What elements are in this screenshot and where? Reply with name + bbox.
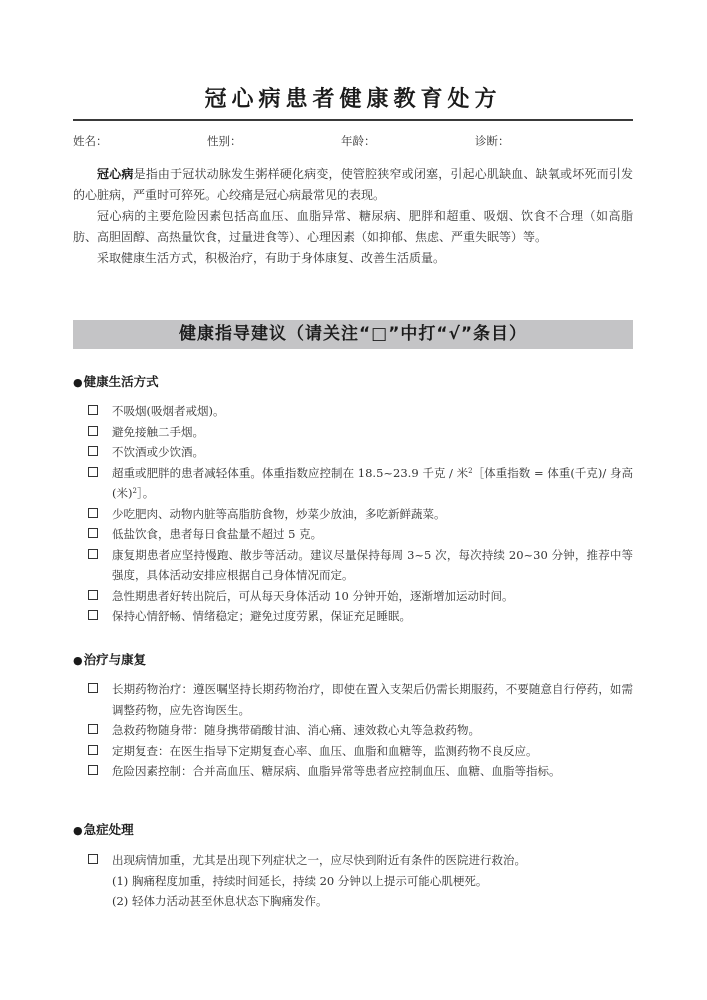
item-text: 少吃肥肉、动物内脏等高脂肪食物，炒菜少放油，多吃新鲜蔬菜。 [112,507,446,521]
item-text: 急救药物随身带：随身携带硝酸甘油、消心痛、速效救心丸等急救药物。 [112,723,480,737]
list-item: 定期复查：在医生指导下定期复查心率、血压、血脂和血糖等，监测药物不良反应。 [88,741,633,762]
item-text: 超重或肥胖的患者减轻体重。体重指数应控制在 18.5~23.9 千克 / 米 [112,466,468,480]
item-text: 不吸烟(吸烟者戒烟)。 [112,404,224,418]
list-item: 不饮酒或少饮酒。 [88,442,633,463]
item-text: 危险因素控制：合并高血压、糖尿病、血脂异常等患者应控制血压、血糖、血脂等指标。 [112,764,561,778]
document-title: 冠心病患者健康教育处方 [73,82,633,113]
list-item: 少吃肥肉、动物内脏等高脂肪食物，炒菜少放油，多吃新鲜蔬菜。 [88,504,633,525]
checkbox[interactable] [88,405,98,415]
item-text: 长期药物治疗：遵医嘱坚持长期药物治疗，即使在置入支架后仍需长期服药，不要随意自行… [112,682,633,717]
intro-definition-text: 是指由于冠状动脉发生粥样硬化病变，使管腔狭窄或闭塞，引起心肌缺血、缺氧或坏死而引… [73,167,633,202]
section-title: 健康生活方式 [84,374,159,389]
checkbox[interactable] [88,683,98,693]
gender-field-label: 性别： [207,133,242,149]
section-heading-lifestyle: ●健康生活方式 [73,372,159,390]
list-item: 急救药物随身带：随身携带硝酸甘油、消心痛、速效救心丸等急救药物。 [88,720,633,741]
superscript: 2 [468,467,472,475]
title-divider [73,119,633,121]
checkbox[interactable] [88,426,98,436]
list-item: 避免接触二手烟。 [88,422,633,443]
symptom-subitem: (2) 轻体力活动甚至休息状态下胸痛发作。 [112,891,633,912]
item-text: 出现病情加重，尤其是出现下列症状之一，应尽快到附近有条件的医院进行救治。 [112,853,526,867]
patient-info-row: 姓名： 性别： 年龄： 诊断： [73,133,633,149]
section-heading-treatment: ●治疗与康复 [73,650,146,668]
section-title: 治疗与康复 [84,652,147,667]
checkbox[interactable] [88,549,98,559]
diagnosis-field-label: 诊断： [475,133,510,149]
name-field-label: 姓名： [73,133,108,149]
checkbox[interactable] [88,467,98,477]
list-item: 保持心情舒畅、情绪稳定；避免过度劳累，保证充足睡眠。 [88,606,633,627]
checkbox[interactable] [88,745,98,755]
list-item: 低盐饮食，患者每日食盐量不超过 5 克。 [88,524,633,545]
superscript: 2 [132,487,136,495]
item-text: 不饮酒或少饮酒。 [112,445,204,459]
term-chd: 冠心病 [97,167,134,181]
section-heading-emergency: ●急症处理 [73,820,134,838]
list-item: 出现病情加重，尤其是出现下列症状之一，应尽快到附近有条件的医院进行救治。 (1)… [88,850,633,912]
list-item: 不吸烟(吸烟者戒烟)。 [88,401,633,422]
lifestyle-checklist: 不吸烟(吸烟者戒烟)。 避免接触二手烟。 不饮酒或少饮酒。 超重或肥胖的患者减轻… [88,401,633,627]
item-text: 定期复查：在医生指导下定期复查心率、血压、血脂和血糖等，监测药物不良反应。 [112,744,538,758]
intro-paragraph-lifestyle: 采取健康生活方式，积极治疗，有助于身体康复、改善生活质量。 [73,248,633,269]
checkbox[interactable] [88,610,98,620]
intro-paragraph-definition: 冠心病是指由于冠状动脉发生粥样硬化病变，使管腔狭窄或闭塞，引起心肌缺血、缺氧或坏… [73,164,633,206]
checkbox[interactable] [88,765,98,775]
bullet-icon: ● [73,376,83,389]
list-item: 长期药物治疗：遵医嘱坚持长期药物治疗，即使在置入支架后仍需长期服药，不要随意自行… [88,679,633,720]
bullet-icon: ● [73,824,83,837]
intro-paragraph-risk-factors: 冠心病的主要危险因素包括高血压、血脂异常、糖尿病、肥胖和超重、吸烟、饮食不合理（… [73,206,633,248]
item-text: 保持心情舒畅、情绪稳定；避免过度劳累，保证充足睡眠。 [112,609,411,623]
checkbox[interactable] [88,528,98,538]
guidance-banner: 健康指导建议（请关注“□”中打“√”条目） [73,320,633,349]
intro-section: 冠心病是指由于冠状动脉发生粥样硬化病变，使管腔狭窄或闭塞，引起心肌缺血、缺氧或坏… [73,164,633,269]
section-title: 急症处理 [84,822,134,837]
bullet-icon: ● [73,654,83,667]
checkbox[interactable] [88,446,98,456]
list-item: 康复期患者应坚持慢跑、散步等活动。建议尽量保持每周 3~5 次，每次持续 20~… [88,545,633,586]
item-text: 急性期患者好转出院后，可从每天身体活动 10 分钟开始，逐渐增加运动时间。 [112,589,513,603]
checkbox[interactable] [88,854,98,864]
list-item: 危险因素控制：合并高血压、糖尿病、血脂异常等患者应控制血压、血糖、血脂等指标。 [88,761,633,782]
list-item: 超重或肥胖的患者减轻体重。体重指数应控制在 18.5~23.9 千克 / 米2［… [88,463,633,504]
symptom-subitem: (1) 胸痛程度加重，持续时间延长，持续 20 分钟以上提示可能心肌梗死。 [112,871,633,892]
item-text: 低盐饮食，患者每日食盐量不超过 5 克。 [112,527,322,541]
list-item: 急性期患者好转出院后，可从每天身体活动 10 分钟开始，逐渐增加运动时间。 [88,586,633,607]
age-field-label: 年龄： [341,133,376,149]
checkbox[interactable] [88,590,98,600]
checkbox[interactable] [88,724,98,734]
treatment-checklist: 长期药物治疗：遵医嘱坚持长期药物治疗，即使在置入支架后仍需长期服药，不要随意自行… [88,679,633,782]
emergency-checklist: 出现病情加重，尤其是出现下列症状之一，应尽快到附近有条件的医院进行救治。 (1)… [88,850,633,912]
item-text: ］。 [137,486,154,500]
item-text: 康复期患者应坚持慢跑、散步等活动。建议尽量保持每周 3~5 次，每次持续 20~… [112,548,633,583]
checkbox[interactable] [88,508,98,518]
item-text: 避免接触二手烟。 [112,425,204,439]
